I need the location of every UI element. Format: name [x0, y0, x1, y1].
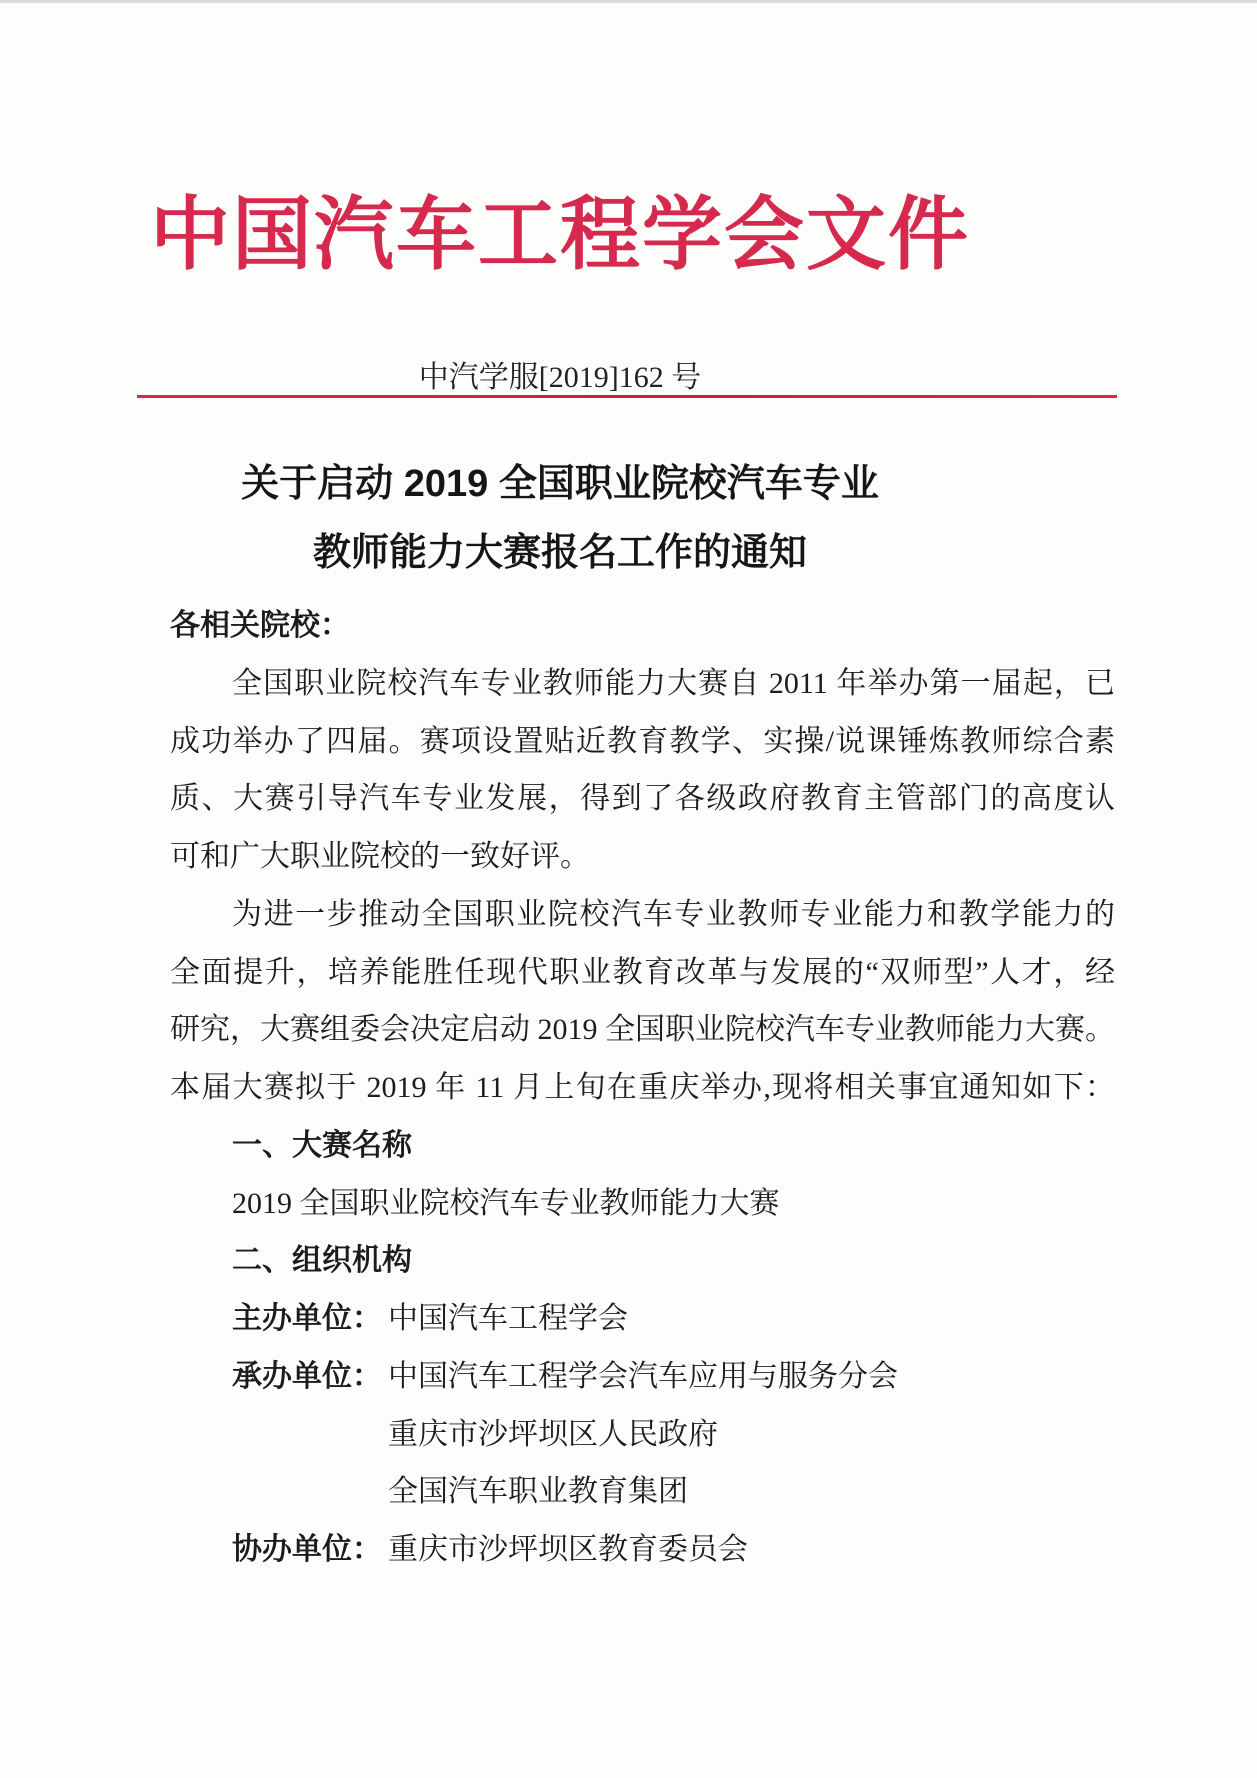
organizer-value-undertaker-3: 全国汽车职业教育集团 [388, 1475, 688, 1508]
organizer-row-host: 主办单位：中国汽车工程学会 [170, 1290, 1115, 1348]
paragraph2-line2: 全面提升，培养能胜任现代职业教育改革与发展的“双师型”人才，经 [170, 944, 1115, 1002]
paragraph2-line4: 本届大赛拟于 2019 年 11 月上旬在重庆举办,现将相关事宜通知如下： [170, 1059, 1115, 1117]
notice-title-line2: 教师能力大赛报名工作的通知 [0, 521, 1120, 576]
organizer-row-undertaker-3: 全国汽车职业教育集团 [170, 1463, 1115, 1521]
paragraph1-line2: 成功举办了四届。赛项设置贴近教育教学、实操/说课锤炼教师综合素 [170, 713, 1115, 771]
paragraph2-line1: 为进一步推动全国职业院校汽车专业教师专业能力和教学能力的 [170, 886, 1115, 944]
notice-title-line1: 关于启动 2019 全国职业院校汽车专业 [0, 452, 1120, 507]
organizer-row-undertaker: 承办单位：中国汽车工程学会汽车应用与服务分会 [170, 1348, 1115, 1406]
organizer-label-host: 主办单位： [232, 1290, 388, 1348]
paragraph1-line3: 质、大赛引导汽车专业发展，得到了各级政府教育主管部门的高度认 [170, 770, 1115, 828]
organizer-row-undertaker-2: 重庆市沙坪坝区人民政府 [170, 1406, 1115, 1464]
document-number: 中汽学服[2019]162 号 [0, 352, 1120, 396]
letterhead-org-title: 中国汽车工程学会文件 [0, 170, 1120, 285]
organizer-value-host: 中国汽车工程学会 [388, 1302, 628, 1335]
document-body: 各相关院校： 全国职业院校汽车专业教师能力大赛自 2011 年举办第一届起，已 … [170, 597, 1115, 1579]
organizer-value-undertaker: 中国汽车工程学会汽车应用与服务分会 [388, 1360, 898, 1393]
paragraph1-line1: 全国职业院校汽车专业教师能力大赛自 2011 年举办第一届起，已 [170, 655, 1115, 713]
organizer-label-undertaker: 承办单位： [232, 1348, 388, 1406]
organizer-value-coorganizer: 重庆市沙坪坝区教育委员会 [388, 1533, 748, 1566]
organizer-label-coorganizer: 协办单位： [232, 1521, 388, 1579]
section1-heading: 一、大赛名称 [170, 1117, 1115, 1175]
red-divider-line [137, 395, 1117, 398]
section2-heading: 二、组织机构 [170, 1232, 1115, 1290]
salutation: 各相关院校： [170, 597, 1115, 655]
document-page: 中国汽车工程学会文件 中汽学服[2019]162 号 关于启动 2019 全国职… [0, 0, 1257, 1778]
paragraph1-line4: 可和广大职业院校的一致好评。 [170, 828, 1115, 886]
organizer-row-coorganizer: 协办单位：重庆市沙坪坝区教育委员会 [170, 1521, 1115, 1579]
paragraph2-line3: 研究，大赛组委会决定启动 2019 全国职业院校汽车专业教师能力大赛。 [170, 1001, 1115, 1059]
section1-content: 2019 全国职业院校汽车专业教师能力大赛 [170, 1175, 1115, 1233]
scan-edge-artifact [0, 0, 1257, 3]
organizer-value-undertaker-2: 重庆市沙坪坝区人民政府 [388, 1418, 718, 1451]
